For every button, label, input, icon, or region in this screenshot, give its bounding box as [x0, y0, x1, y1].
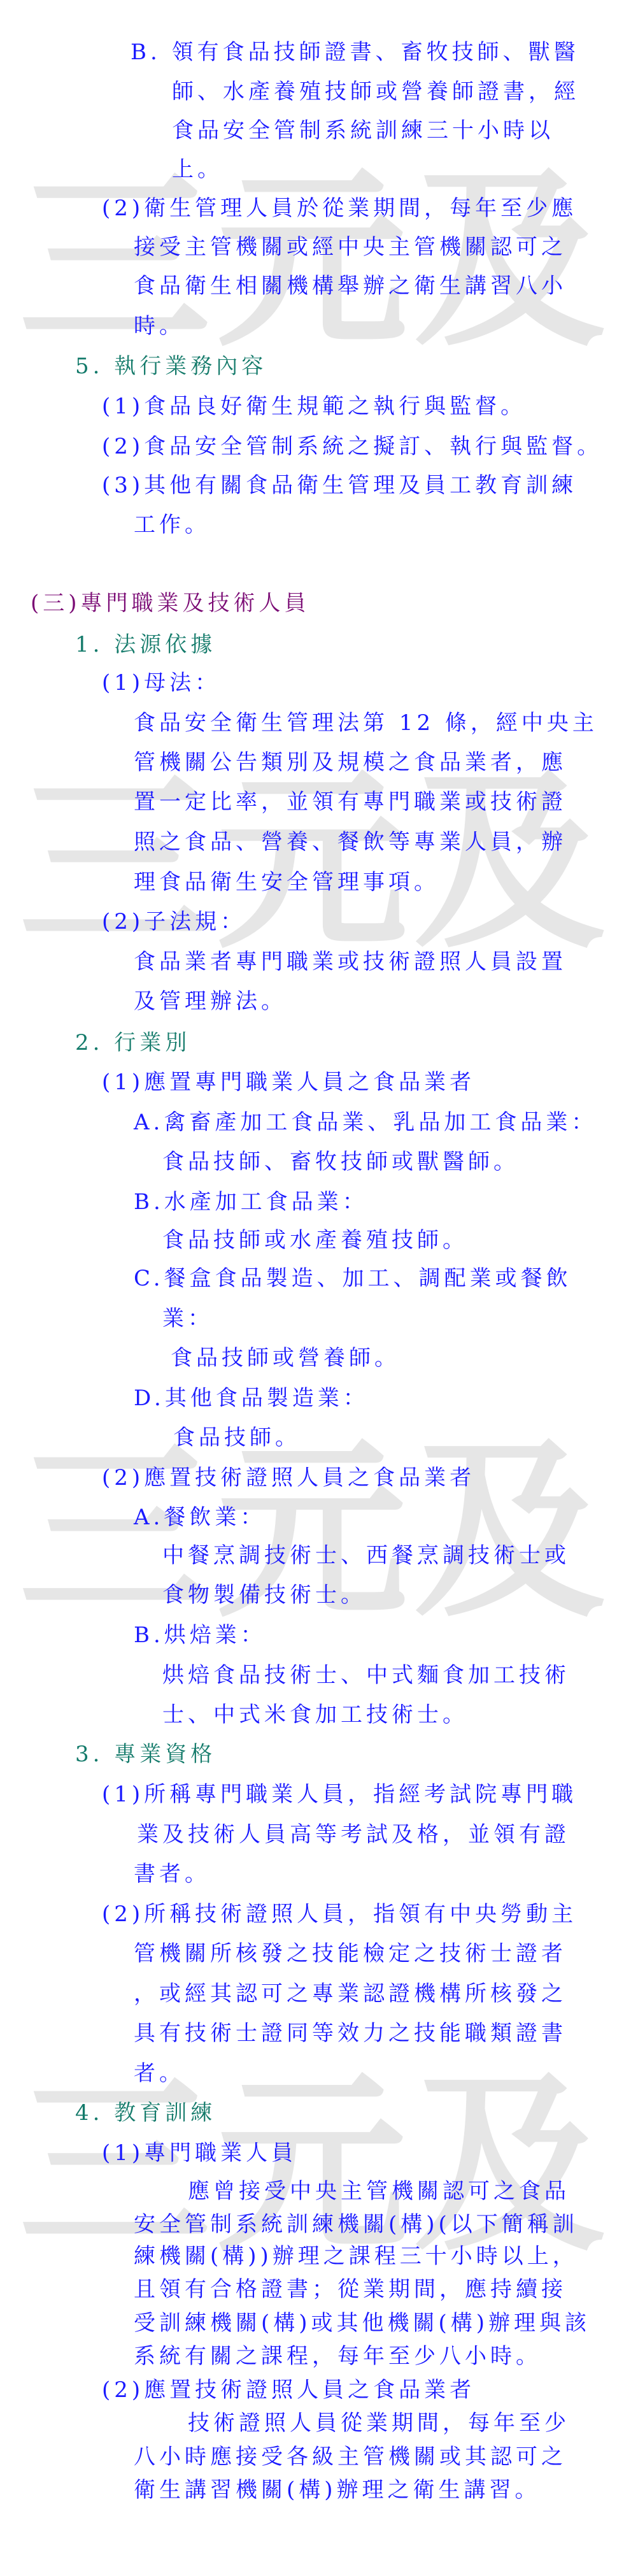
- text-line: 食品技師或營養師。: [171, 1345, 400, 1371]
- text-line: 接受主管機關或經中央主管機關認可之: [134, 234, 567, 260]
- text-line: A.餐飲業：: [134, 1505, 266, 1530]
- section-heading: (三)專門職業及技術人員: [31, 590, 310, 616]
- text-line: 理食品衛生安全管理事項。: [134, 869, 439, 895]
- text-line: (2)所稱技術證照人員，指領有中央勞動主: [102, 1901, 577, 1927]
- text-line: 上。: [172, 157, 223, 182]
- text-line: C.餐盒食品製造、加工、調配業或餐飲: [134, 1266, 572, 1291]
- text-line: 業及技術人員高等考試及格，並領有證: [137, 1822, 570, 1847]
- text-line: ，或經其認可之專業認證機構所核發之: [134, 1981, 567, 2007]
- text-line: 時。: [134, 313, 185, 339]
- text-line: 管機關所核發之技能檢定之技術士證者: [134, 1941, 567, 1966]
- watermark: 三元及第: [19, 2064, 611, 2268]
- text-line: (1)所稱專門職業人員，指經考試院專門職: [102, 1782, 577, 1807]
- text-line: (1)母法：: [102, 670, 220, 696]
- text-line: 八小時應接受各級主管機關或其認可之: [134, 2444, 567, 2470]
- text-line: (3)其他有關食品衛生管理及員工教育訓練: [102, 473, 577, 498]
- text-line: 安全管制系統訓練機關(構)(以下簡稱訓: [134, 2212, 578, 2237]
- text-line: 士、中式米食加工技術士。: [162, 1702, 468, 1728]
- text-line: (2)應置技術證照人員之食品業者: [102, 2377, 475, 2403]
- text-line: 且領有合格證書；從業期間，應持續接: [134, 2277, 567, 2302]
- text-line: (1)專門職業人員: [102, 2140, 297, 2166]
- text-line: 衛生講習機關(構)辦理之衛生講習。: [134, 2477, 541, 2503]
- text-line: 受訓練機關(構)或其他機關(構)辦理與該: [134, 2310, 590, 2336]
- text-line: 照之食品、營養、餐飲等專業人員，辦: [134, 829, 567, 855]
- text-line: A.禽畜產加工食品業、乳品加工食品業：: [134, 1110, 597, 1135]
- text-line: 食品安全管制系統訓練三十小時以: [172, 118, 554, 143]
- text-line: B.烘焙業：: [134, 1622, 266, 1648]
- text-line: 系統有關之課程，每年至少八小時。: [134, 2343, 541, 2369]
- text-line: (2)衛生管理人員於從業期間，每年至少應: [102, 196, 577, 221]
- text-line: 食物製備技術士。: [162, 1582, 366, 1608]
- text-line: 管機關公告類別及規模之食品業者，應: [134, 750, 567, 775]
- text-line: 食品衛生相關機構舉辦之衛生講習八小: [134, 273, 567, 299]
- numbered-heading: 3. 專業資格: [75, 1742, 216, 1767]
- text-line: 及管理辦法。: [134, 989, 287, 1014]
- text-line: 技術證照人員從業期間，每年至少: [188, 2410, 570, 2436]
- text-line: 工作。: [134, 512, 210, 538]
- text-line: (1)食品良好衛生規範之執行與監督。: [102, 394, 526, 419]
- text-line: 食品業者專門職業或技術證照人員設置: [134, 949, 567, 975]
- numbered-heading: 4. 教育訓練: [75, 2100, 216, 2126]
- text-line: 食品技師或水產養殖技師。: [162, 1227, 468, 1253]
- text-line: B. 領有食品技師證書、畜牧技師、獸醫: [131, 39, 579, 65]
- text-line: 者。: [134, 2061, 185, 2086]
- text-line: B.水產加工食品業：: [134, 1189, 368, 1215]
- text-line: (2)應置技術證照人員之食品業者: [102, 1465, 475, 1491]
- text-line: 具有技術士證同等效力之技能職類證書: [134, 2021, 567, 2046]
- text-line: 師、水產養殖技師或營養師證書，經: [172, 79, 579, 104]
- text-line: (1)應置專門職業人員之食品業者: [102, 1070, 475, 1095]
- text-line: 食品技師、畜牧技師或獸醫師。: [162, 1149, 519, 1175]
- numbered-heading: 5. 執行業務內容: [75, 354, 267, 379]
- text-line: 置一定比率，並領有專門職業或技術證: [134, 789, 567, 815]
- watermark: 三元及第: [19, 159, 611, 363]
- text-line: (2)食品安全管制系統之擬訂、執行與監督。: [102, 434, 602, 459]
- text-line: 書者。: [134, 1861, 210, 1887]
- text-line: 中餐烹調技術士、西餐烹調技術士或: [162, 1543, 570, 1568]
- text-line: 練機關(構))辦理之課程三十小時以上，: [134, 2243, 578, 2269]
- text-line: 食品技師。: [173, 1425, 301, 1450]
- numbered-heading: 2. 行業別: [75, 1030, 190, 1055]
- text-line: D.其他食品製造業：: [134, 1385, 369, 1411]
- text-line: 食品安全衛生管理法第 12 條，經中央主: [134, 710, 598, 736]
- text-line: 業：: [162, 1306, 213, 1331]
- text-line: 應曾接受中央主管機關認可之食品: [188, 2179, 570, 2204]
- text-line: 烘焙食品技術士、中式麵食加工技術: [162, 1663, 570, 1688]
- numbered-heading: 1. 法源依據: [75, 632, 216, 657]
- text-line: (2)子法規：: [102, 909, 246, 934]
